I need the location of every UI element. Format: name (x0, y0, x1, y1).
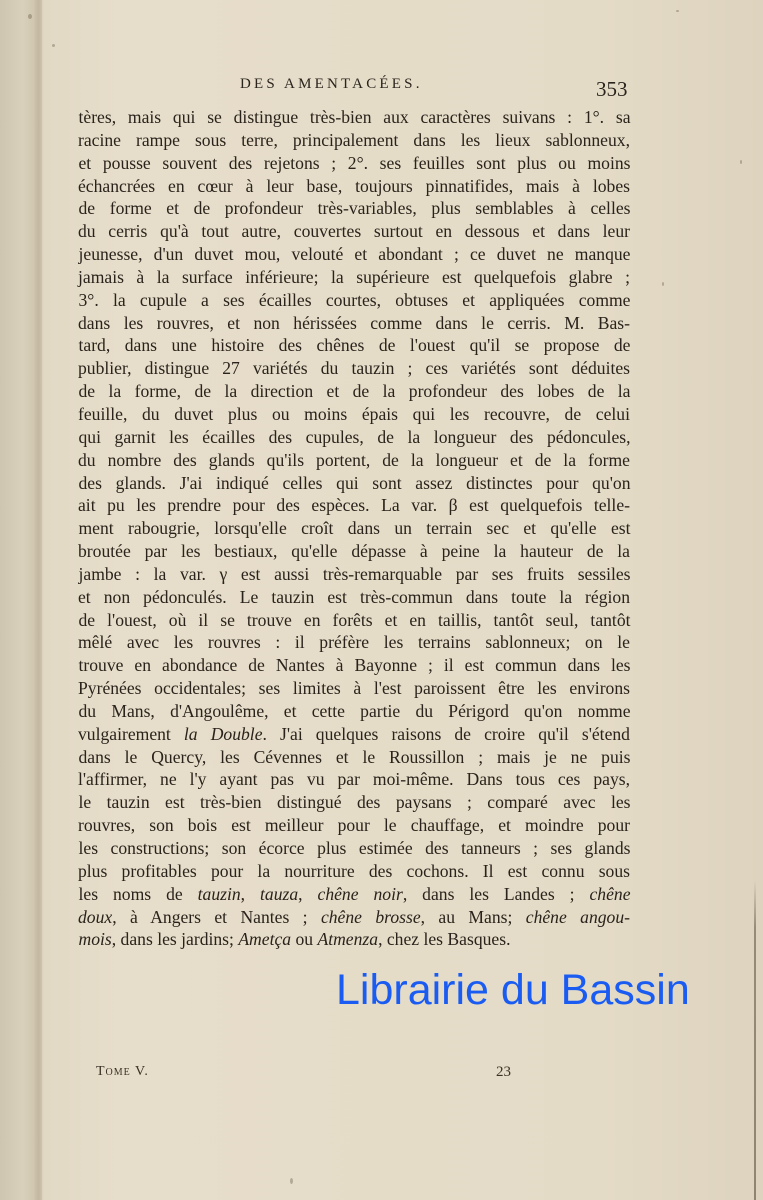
text-line: tard, dans une histoire des chênes de l'… (79, 334, 631, 357)
paper-speck (676, 10, 679, 12)
text-line: dans le Quercy, les Cévennes et le Rouss… (79, 746, 631, 769)
text-line: trouve en abondance de Nantes à Bayonne … (79, 654, 631, 677)
page-number: 353 (596, 77, 628, 102)
text-line: le tauzin est très-bien distingué des pa… (79, 791, 631, 814)
text-line: publier, distingue 27 variétés du tauzin… (78, 357, 630, 380)
text-line: jeunesse, d'un duvet mou, velouté et abo… (79, 243, 631, 266)
text-line: vulgairement la Double. J'ai quelques ra… (78, 723, 630, 746)
text-line: et non pédonculés. Le tauzin est très-co… (78, 586, 630, 609)
text-line: les constructions; son écorce plus estim… (79, 837, 631, 860)
text-line: les noms de tauzin, tauza, chêne noir, d… (79, 883, 631, 906)
text-line: du nombre des glands qu'ils portent, de … (78, 449, 630, 472)
text-line: mêlé avec les rouvres : il préfère les t… (78, 631, 630, 654)
gutter-shadow (34, 0, 44, 1200)
text-line: rouvres, son bois est meilleur pour le c… (78, 814, 630, 837)
text-line: mois, dans les jardins; Ametça ou Atmenz… (79, 928, 631, 951)
text-line: ait pu les prendre pour des espèces. La … (78, 494, 630, 517)
text-line: plus profitables pour la nourriture des … (78, 860, 630, 883)
text-line: des glands. J'ai indiqué celles qui sont… (79, 472, 631, 495)
text-line: 3°. la cupule a ses écailles courtes, ob… (79, 289, 631, 312)
text-line: ment rabougrie, lorsqu'elle croît dans u… (79, 517, 631, 540)
paper-speck (662, 282, 664, 286)
paper-speck (740, 160, 742, 164)
paper-speck (28, 14, 32, 19)
watermark-text: Librairie du Bassin (336, 966, 690, 1015)
text-line: jambe : la var. γ est aussi très-remarqu… (79, 563, 631, 586)
paper-speck (52, 44, 55, 47)
text-line: de l'ouest, où il se trouve en forêts et… (79, 609, 631, 632)
text-line: qui garnit les écailles des cupules, de … (79, 426, 631, 449)
text-line: échancrées en cœur à leur base, toujours… (78, 175, 630, 198)
text-line: de forme et de profondeur très-variables… (79, 197, 631, 220)
text-line: tères, mais qui se distingue très-bien a… (79, 106, 631, 129)
text-line: feuille, du duvet plus ou moins épais qu… (78, 403, 630, 426)
text-line: l'affirmer, ne l'y ayant pas vu par moi-… (78, 768, 630, 791)
body-text: tères, mais qui se distingue très-bien a… (78, 106, 630, 951)
running-head: DES AMENTACÉES. (240, 76, 423, 93)
text-line: du cerris qu'à tout autre, couvertes sur… (78, 220, 630, 243)
signature-mark: 23 (496, 1064, 511, 1081)
text-line: Pyrénées occidentales; ses limites à l'e… (78, 677, 630, 700)
text-line: broutée par les bestiaux, qu'elle dépass… (78, 540, 630, 563)
paper-speck (290, 1178, 293, 1184)
text-line: jamais à la surface inférieure; la supér… (78, 266, 630, 289)
signature-label: Tome V. (96, 1064, 149, 1080)
text-line: dans les rouvres, et non hérissées comme… (78, 312, 630, 335)
text-line: racine rampe sous terre, principalement … (78, 129, 630, 152)
book-page: DES AMENTACÉES. 353 tères, mais qui se d… (0, 0, 763, 1200)
text-line: et pousse souvent des rejetons ; 2°. ses… (79, 152, 631, 175)
text-line: de la forme, de la direction et de la pr… (79, 380, 631, 403)
page-edge-line (754, 880, 756, 1200)
text-line: du Mans, d'Angoulême, et cette partie du… (79, 700, 631, 723)
text-line: doux, à Angers et Nantes ; chêne brosse,… (78, 906, 630, 929)
